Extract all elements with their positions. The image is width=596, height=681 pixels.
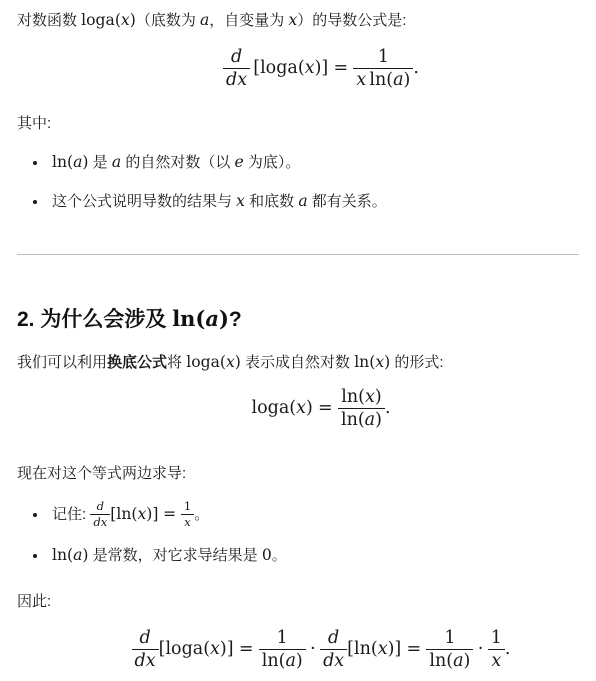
list-item: ln(a) 是常数，对它求导结果是 0。 (48, 543, 579, 568)
fraction: ddx (90, 500, 110, 530)
explanation-list: ln(a) 是 a 的自然对数（以 e 为底）。这个公式说明导数的结果与 x 和… (17, 150, 579, 214)
differentiate-paragraph: 现在对这个等式两边求导: (17, 462, 579, 486)
inline-math: a (298, 192, 307, 210)
fraction: ddx (132, 628, 159, 671)
change-of-base-paragraph: 我们可以利用换底公式将 loga(x) 表示成自然对数 ln(x) 的形式: (17, 350, 579, 375)
inline-math: loga(x) (81, 11, 136, 29)
final-derivation-formula-display: ddx[loga(x)]=1ln(a)⋅ddx[ln(x)]=1ln(a)⋅1x… (17, 628, 579, 671)
bold-text: 换底公式 (107, 354, 167, 371)
section-divider (17, 254, 579, 255)
inline-math: ddx[ln(x)]=1x (90, 505, 194, 523)
fraction: ddx (223, 47, 250, 90)
change-of-base-formula-display: loga(x)=ln(x)ln(a). (17, 387, 579, 430)
inline-math: loga(x) (186, 353, 241, 371)
inline-math: a (200, 11, 209, 29)
fraction: 1ln(a) (259, 628, 306, 671)
inline-math: ln(x) (354, 353, 390, 371)
derivative-formula-display: ddx[loga(x)]=1xln(a). (17, 47, 579, 90)
inline-math: e (235, 153, 244, 171)
where-label: 其中: (17, 112, 579, 136)
inline-math: 0 (262, 546, 272, 564)
section-2-heading: 2. 为什么会涉及 ln(a)? (17, 305, 579, 333)
fraction: ddx (320, 628, 347, 671)
inline-math: ln(a) (172, 306, 229, 331)
fraction: 1xln(a) (353, 47, 413, 90)
inline-math: a (112, 153, 121, 171)
therefore-label: 因此: (17, 590, 579, 614)
fraction: 1x (181, 500, 194, 530)
fraction: 1ln(a) (426, 628, 473, 671)
fraction: 1x (488, 628, 505, 671)
answer-document: 对数函数 loga(x)（底数为 a，自变量为 x）的导数公式是: ddx[lo… (17, 8, 579, 672)
inline-math: x (288, 11, 297, 29)
list-item: 这个公式说明导数的结果与 x 和底数 a 都有关系。 (48, 189, 579, 214)
list-item: 记住: ddx[ln(x)]=1x。 (48, 500, 579, 530)
derivation-notes-list: 记住: ddx[ln(x)]=1x。ln(a) 是常数，对它求导结果是 0。 (17, 500, 579, 569)
fraction: ln(x)ln(a) (338, 387, 385, 430)
list-item: ln(a) 是 a 的自然对数（以 e 为底）。 (48, 150, 579, 175)
intro-paragraph: 对数函数 loga(x)（底数为 a，自变量为 x）的导数公式是: (17, 8, 579, 33)
inline-math: ln(a) (52, 153, 89, 171)
inline-math: ln(a) (52, 546, 89, 564)
inline-math: x (236, 192, 245, 210)
